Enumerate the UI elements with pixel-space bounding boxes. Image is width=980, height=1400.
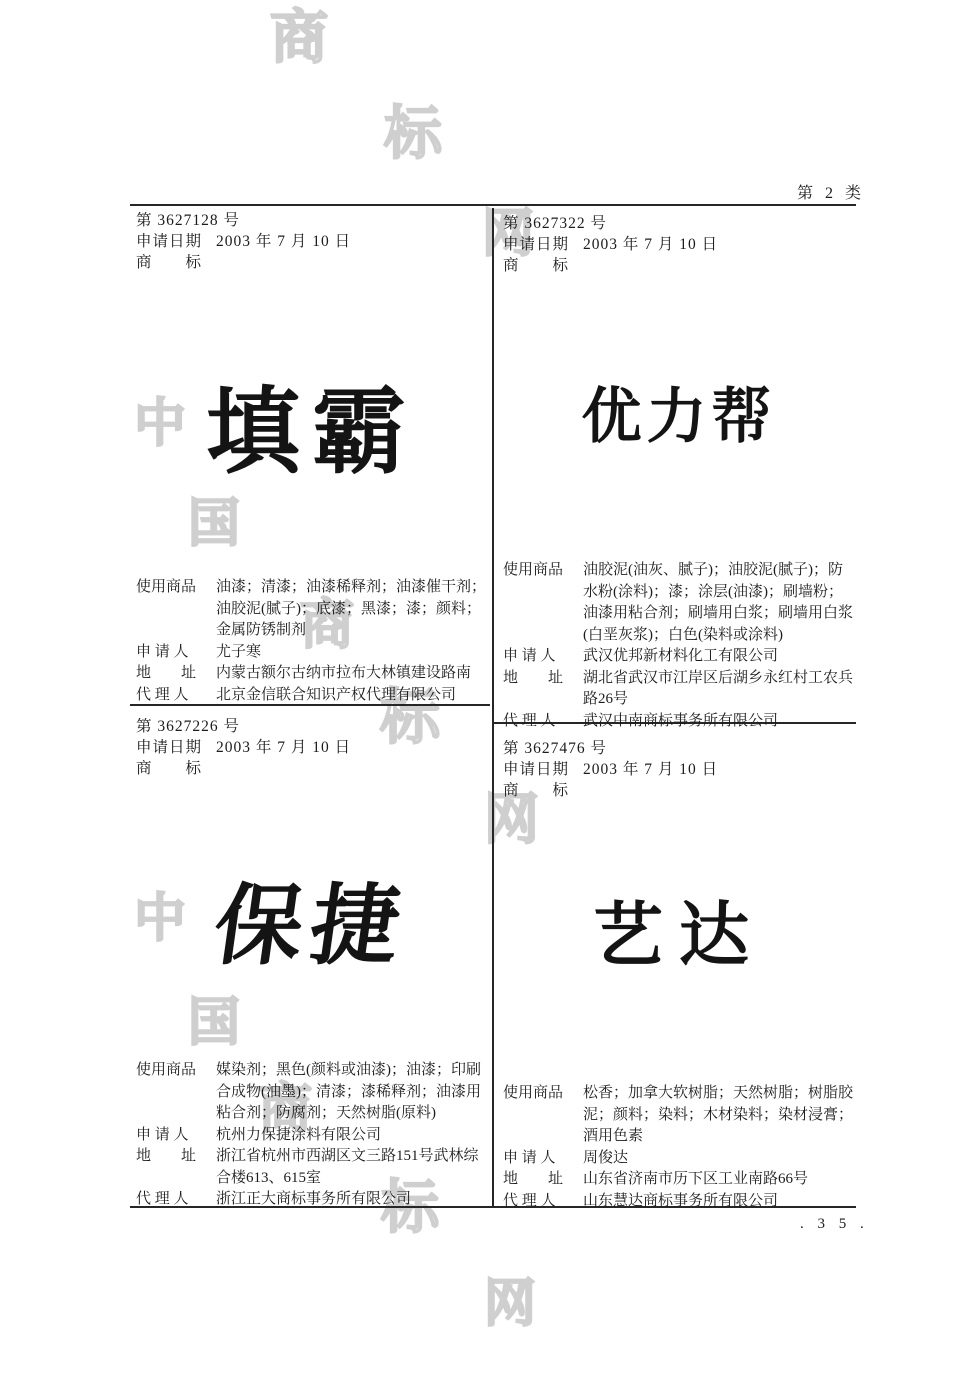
column-divider	[492, 208, 494, 1206]
trademark-entry-3627476: 第 3627476 号 申请日期2003 年 7 月 10 日 商 标 艺达 使…	[503, 738, 855, 1206]
top-rule	[130, 204, 856, 206]
watermark-char: 网	[484, 1278, 536, 1330]
applicant-row: 申 请 人周俊达	[503, 1148, 855, 1170]
trademark-entry-3627128: 第 3627128 号 申请日期2003 年 7 月 10 日 商 标 填霸 使…	[136, 210, 488, 704]
trademark-mark-text: 填霸	[136, 356, 488, 491]
goods-row: 使用商品媒染剂；黑色(颜料或油漆)；油漆；印刷合成物(油墨)；清漆；漆稀释剂；油…	[136, 1060, 488, 1125]
trademark-label: 商 标	[136, 758, 488, 779]
application-date: 申请日期2003 年 7 月 10 日	[503, 759, 855, 780]
address-row: 地 址内蒙古额尔古纳市拉布大林镇建设路南	[136, 663, 488, 685]
page-number: . 3 5 .	[800, 1216, 869, 1233]
address-row: 地 址山东省济南市历下区工业南路66号	[503, 1169, 855, 1191]
trademark-mark-text: 艺达	[503, 879, 855, 980]
trademark-label: 商 标	[503, 780, 855, 801]
address-row: 地 址湖北省武汉市江岸区后湖乡永红村工农兵路26号	[503, 668, 855, 711]
agent-row: 代 理 人北京金信联合知识产权代理有限公司	[136, 685, 488, 707]
application-date: 申请日期2003 年 7 月 10 日	[503, 234, 855, 255]
gazette-page: { "page": { "class_label": "第 2 类", "pag…	[0, 0, 980, 1400]
goods-row: 使用商品松香；加拿大软树脂；天然树脂；树脂胶泥；颜料；染料；木材染料；染材浸膏；…	[503, 1083, 855, 1148]
application-number: 第 3627322 号	[503, 213, 855, 234]
applicant-row: 申 请 人武汉优邦新材料化工有限公司	[503, 646, 855, 668]
applicant-row: 申 请 人杭州力保捷涂料有限公司	[136, 1125, 488, 1147]
watermark-char: 标	[384, 104, 442, 162]
trademark-entry-3627322: 第 3627322 号 申请日期2003 年 7 月 10 日 商 标 优力帮 …	[503, 213, 855, 722]
trademark-label: 商 标	[136, 252, 488, 273]
applicant-row: 申 请 人尤子寒	[136, 642, 488, 664]
application-number: 第 3627226 号	[136, 716, 488, 737]
address-row: 地 址浙江省杭州市西湖区文三路151号武林综合楼613、615室	[136, 1146, 488, 1189]
trademark-mark-text: 优力帮	[503, 369, 855, 455]
goods-row: 使用商品油漆；清漆；油漆稀释剂；油漆催干剂；油胶泥(腻子)；底漆；黑漆；漆；颜料…	[136, 577, 488, 642]
application-date: 申请日期2003 年 7 月 10 日	[136, 231, 488, 252]
page-class-label: 第 2 类	[797, 180, 865, 203]
agent-row: 代 理 人浙江正大商标事务所有限公司	[136, 1189, 488, 1211]
goods-row: 使用商品油胶泥(油灰、腻子)；油胶泥(腻子)；防水粉(涂料)；漆；涂层(油漆)；…	[503, 560, 855, 646]
watermark-char: 商	[270, 8, 328, 66]
trademark-label: 商 标	[503, 255, 855, 276]
trademark-mark-text: 保捷	[127, 856, 497, 982]
agent-row: 代 理 人武汉中南商标事务所有限公司	[503, 711, 855, 733]
application-number: 第 3627128 号	[136, 210, 488, 231]
application-number: 第 3627476 号	[503, 738, 855, 759]
agent-row: 代 理 人山东慧达商标事务所有限公司	[503, 1191, 855, 1213]
application-date: 申请日期2003 年 7 月 10 日	[136, 737, 488, 758]
trademark-entry-3627226: 第 3627226 号 申请日期2003 年 7 月 10 日 商 标 保捷 使…	[136, 716, 488, 1206]
